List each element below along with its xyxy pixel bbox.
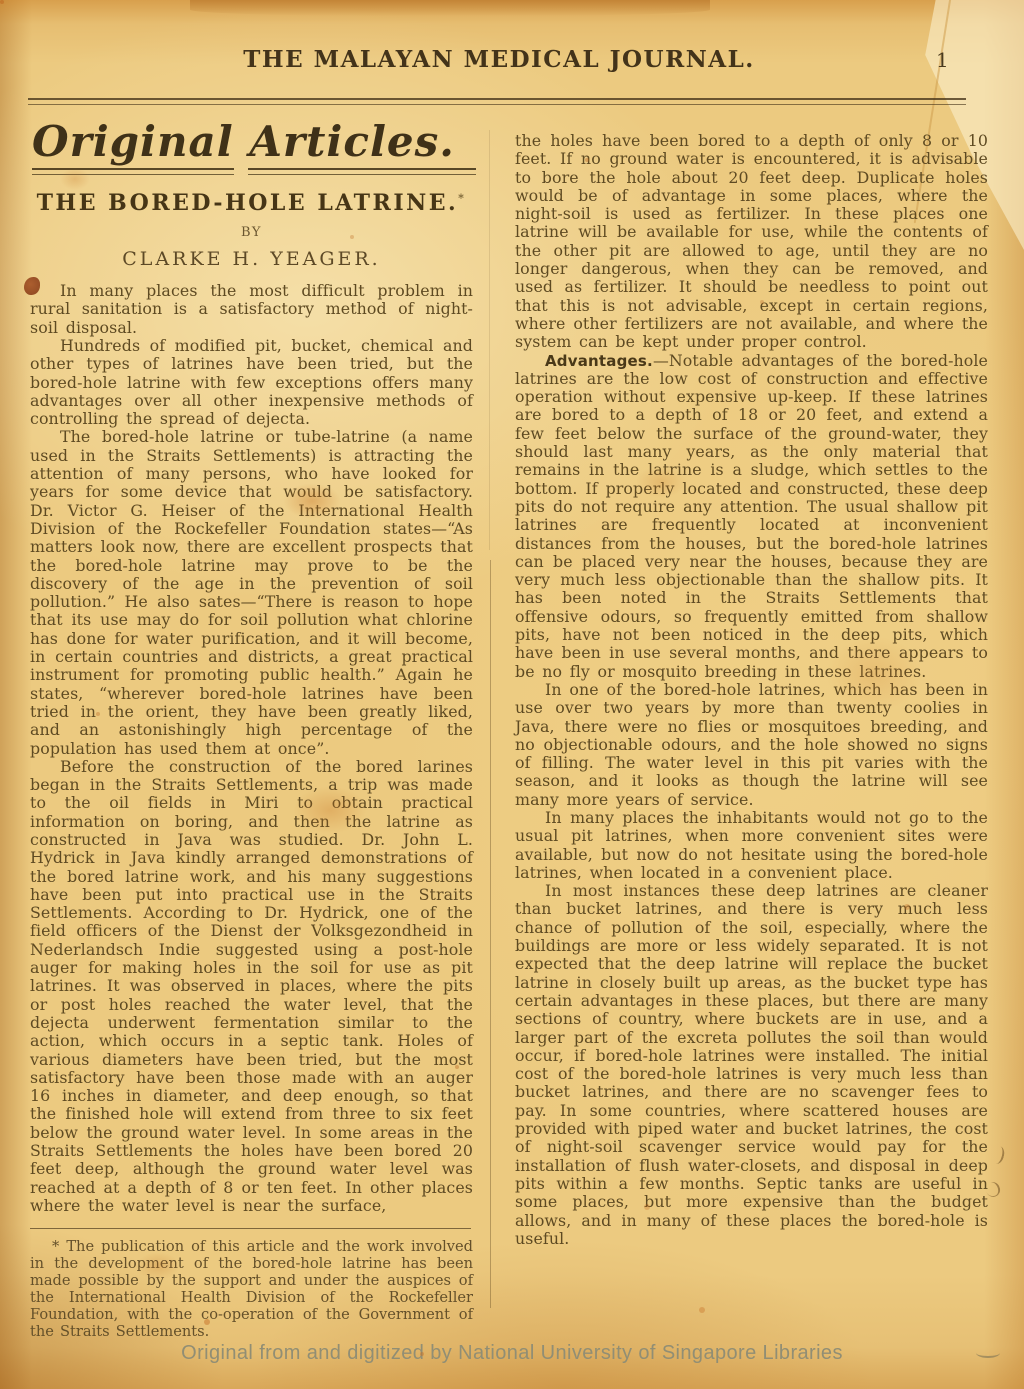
paragraph: In most instances these deep latrines ar… <box>515 882 988 1248</box>
footnote: * The publication of this article and th… <box>30 1238 473 1340</box>
right-column: the holes have been bored to a depth of … <box>515 116 988 1248</box>
article-title-text: THE BORED-HOLE LATRINE. <box>37 190 459 216</box>
paragraph: In one of the bored-hole latrines, which… <box>515 681 988 809</box>
column-divider-faint <box>489 130 490 550</box>
column-divider <box>490 560 491 1308</box>
pencil-mark <box>990 1145 1006 1165</box>
paragraph: the holes have been bored to a depth of … <box>515 132 988 352</box>
article-title: THE BORED-HOLE LATRINE.* <box>30 190 473 216</box>
paragraph: Hundreds of modified pit, bucket, chemic… <box>30 337 473 428</box>
footnote-rule <box>30 1228 471 1229</box>
author-name: CLARKE H. YEAGER. <box>30 248 473 270</box>
byline-prefix: BY <box>30 225 473 240</box>
paper-speckles <box>0 0 4 4</box>
title-footnote-marker: * <box>458 192 466 205</box>
digitization-watermark: Original from and digitized by National … <box>0 1342 1024 1365</box>
section-heading: Original Articles. <box>32 120 473 164</box>
page-number: 1 <box>936 48 949 72</box>
masthead: THE MALAYAN MEDICAL JOURNAL. <box>30 46 968 73</box>
paragraph: In many places the inhabitants would not… <box>515 809 988 882</box>
advantages-lead: Advantages. <box>545 352 653 370</box>
paragraph-advantages: Advantages.—Notable advantages of the bo… <box>515 352 988 681</box>
journal-title: THE MALAYAN MEDICAL JOURNAL. <box>30 46 968 73</box>
journal-page: THE MALAYAN MEDICAL JOURNAL. 1 Original … <box>0 0 1024 1389</box>
article-body: Original Articles. THE BORED-HOLE LATRIN… <box>30 116 988 1340</box>
paragraph: In many places the most difficult proble… <box>30 282 473 337</box>
paper-edge-shadow <box>190 0 710 16</box>
paragraph: Before the construction of the bored lar… <box>30 758 473 1215</box>
paragraph: The bored-hole latrine or tube-latrine (… <box>30 428 473 757</box>
section-heading-underline <box>32 168 473 174</box>
left-column: Original Articles. THE BORED-HOLE LATRIN… <box>30 116 473 1340</box>
pencil-squiggle <box>976 1348 1000 1358</box>
paragraph-text: —Notable advantages of the bored-hole la… <box>515 351 988 681</box>
header-rule <box>28 98 966 105</box>
